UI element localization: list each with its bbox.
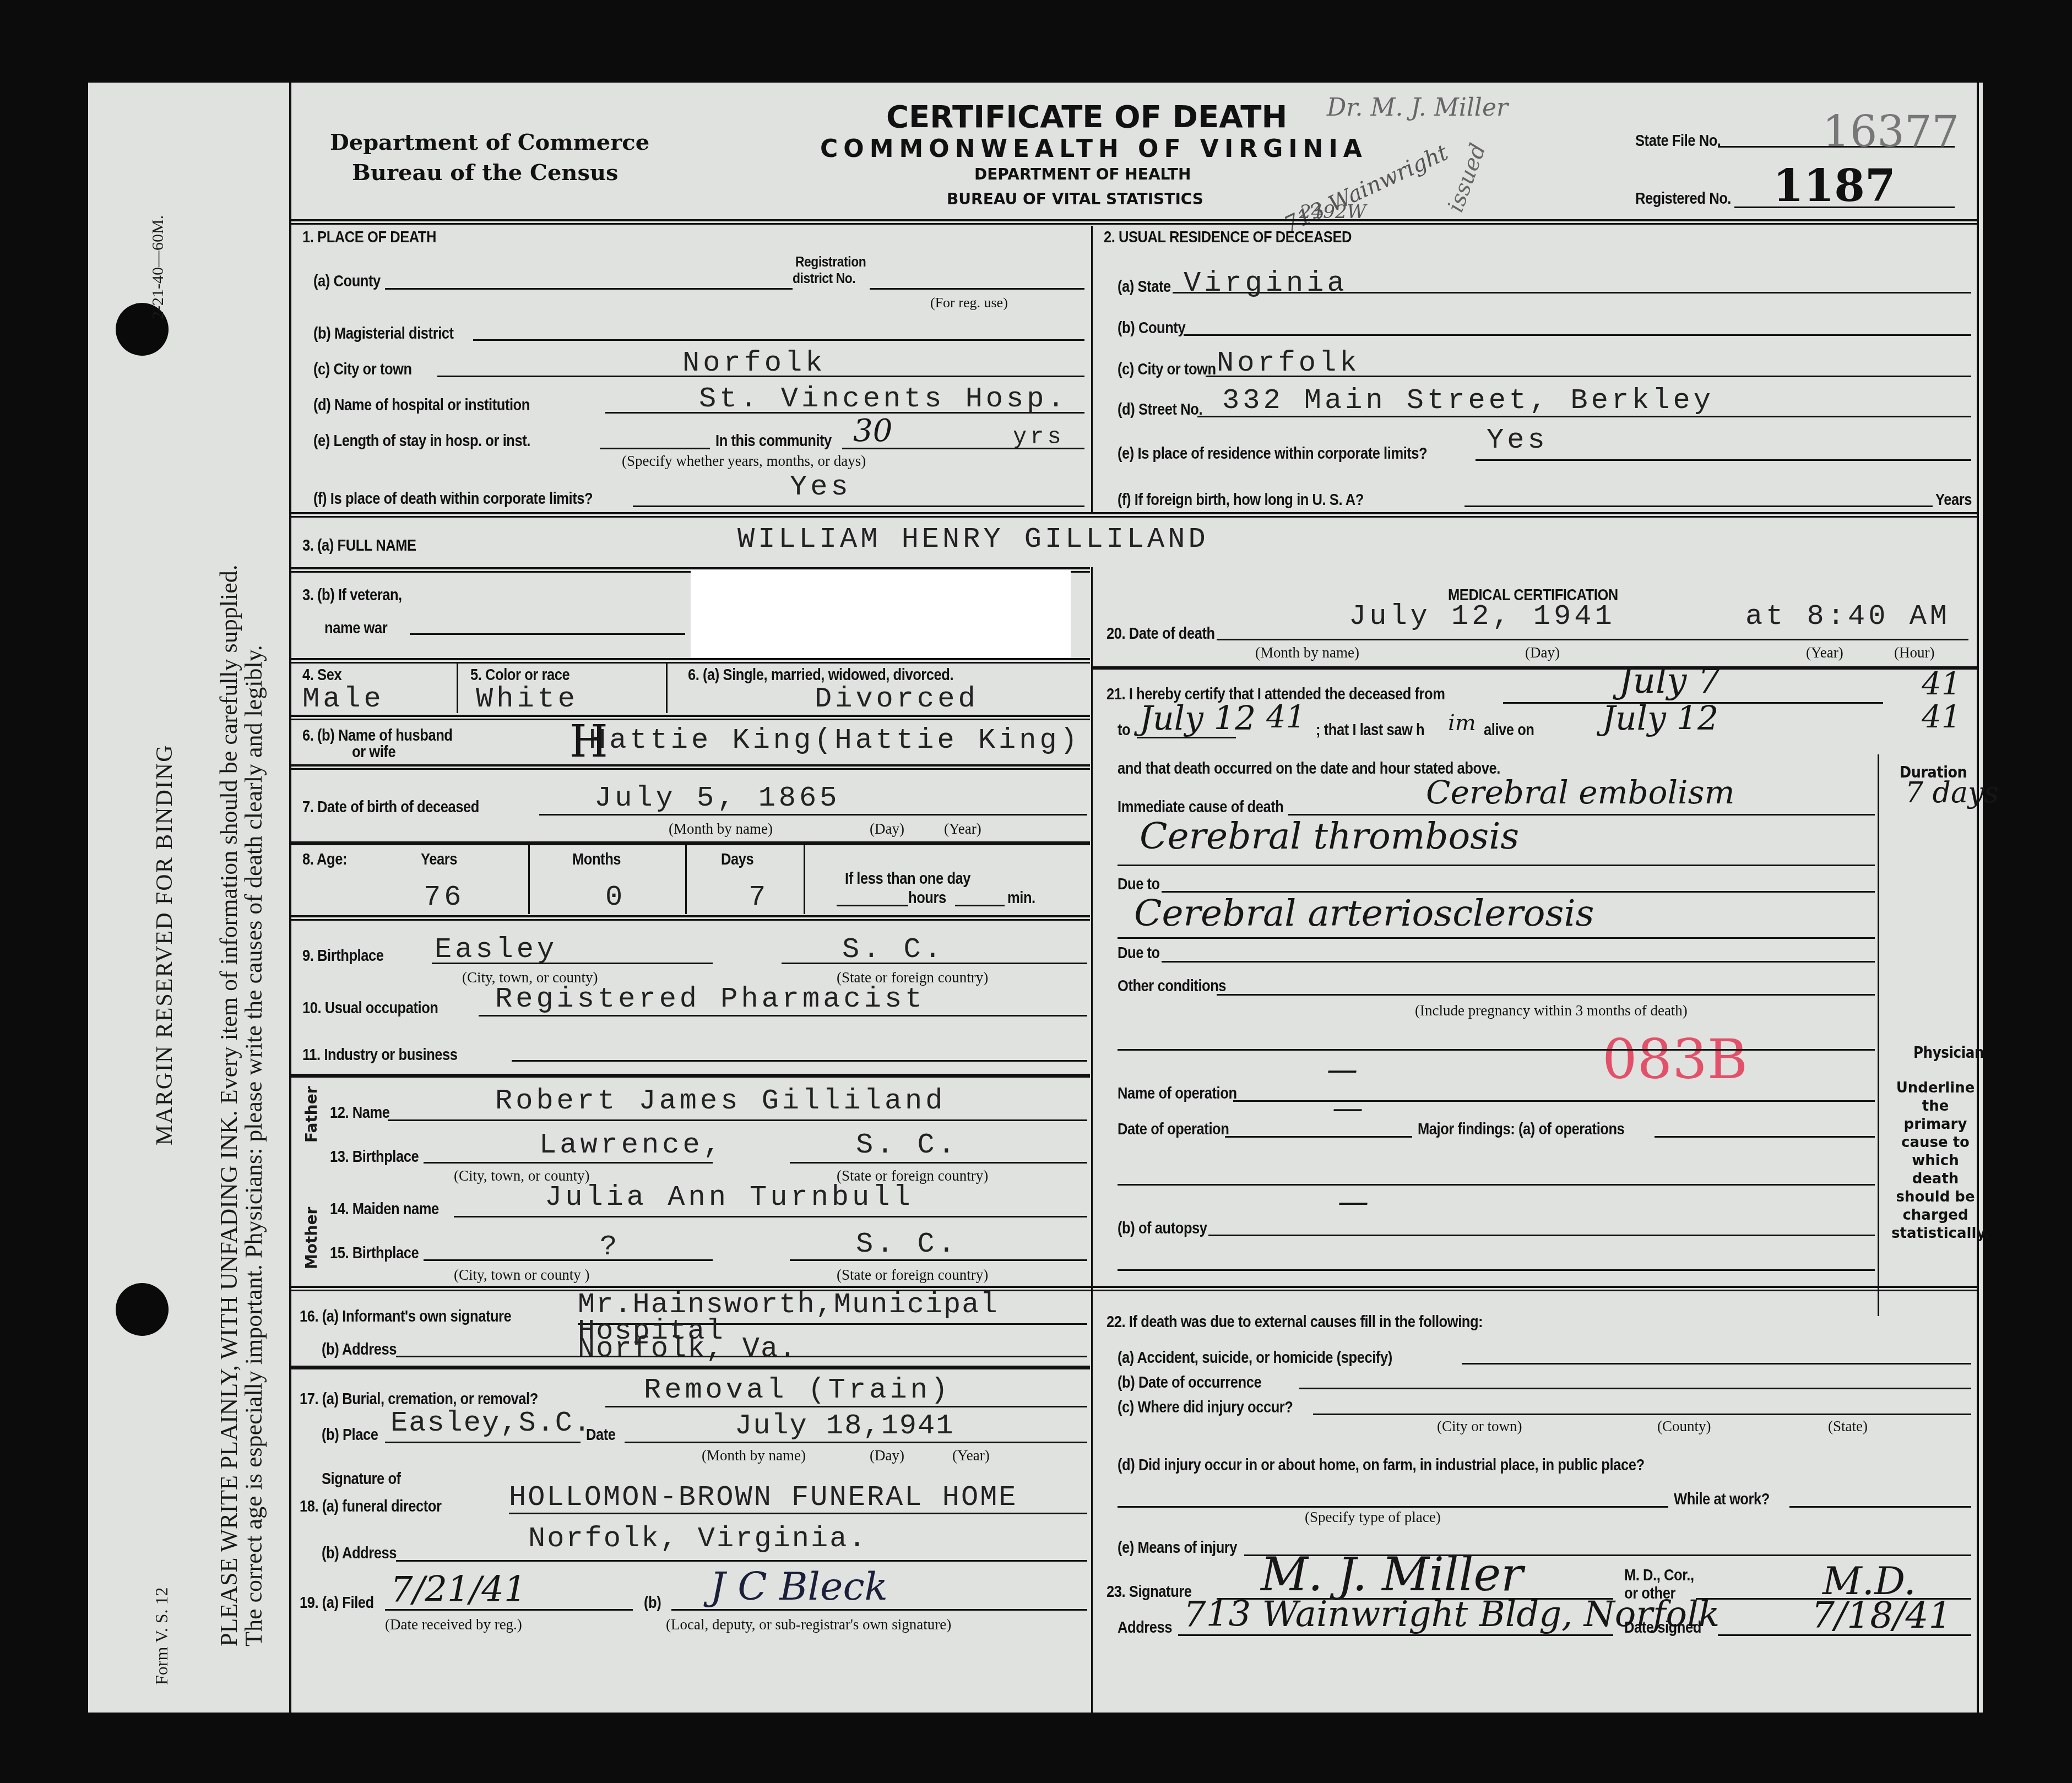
mother-side-label: Mother — [302, 1207, 321, 1269]
res-county-label: (b) County — [1118, 319, 1185, 338]
physician-address-label: Address — [1118, 1619, 1172, 1637]
md-label: M. D., Cor., — [1624, 1567, 1694, 1585]
alive-label: alive on — [1484, 721, 1534, 740]
race-value: White — [476, 683, 578, 715]
director-value: HOLLOMON-BROWN FUNERAL HOME — [509, 1481, 1018, 1514]
reg-use-note: (For reg. use) — [930, 295, 1008, 311]
place-type-note: (Specify type of place) — [1305, 1509, 1441, 1526]
at-work-label: While at work? — [1674, 1491, 1770, 1509]
operation-label: Name of operation — [1118, 1085, 1237, 1103]
father-birth-city: Lawrence, — [539, 1129, 724, 1161]
instruction-line1: PLEASE WRITE PLAINLY, WITH UNFADING INK.… — [215, 564, 243, 1646]
father-birth-state: S. C. — [856, 1129, 958, 1161]
res-foreign-unit: Years — [1935, 491, 1972, 509]
op-date-value: — — [1332, 1090, 1363, 1126]
physician-signature: M. J. Miller — [1261, 1547, 1523, 1601]
annotation-issued: issued — [1443, 140, 1491, 216]
res-state-label: (a) State — [1118, 278, 1171, 296]
full-name-label: 3. (a) FULL NAME — [302, 537, 416, 555]
race-label: 5. Color or race — [470, 666, 569, 684]
month-note: (Month by name) — [1255, 644, 1359, 661]
findings-label: Major findings: (a) of operations — [1418, 1121, 1624, 1139]
where-county-note: (County) — [1657, 1418, 1711, 1435]
last-saw-date: July 12 — [1602, 699, 1718, 738]
physician-note-title: Physician — [1913, 1043, 1984, 1062]
to-label: to — [1118, 721, 1130, 740]
filed-value: 7/21/41 — [390, 1569, 527, 1610]
burial-value: Removal (Train) — [644, 1374, 951, 1406]
res-foreign-label: (f) If foreign birth, how long in U. S. … — [1118, 491, 1364, 509]
magisterial-label: (b) Magisterial district — [313, 325, 454, 343]
mother-birth-city: ? — [600, 1231, 620, 1263]
community-value: 30 — [853, 413, 892, 449]
immediate-cause-value1: Cerebral embolism — [1426, 774, 1734, 811]
community-label: In this community — [715, 432, 832, 450]
burial-date-value: July 18,1941 — [735, 1410, 954, 1442]
spouse-label: 6. (b) Name of husband — [302, 727, 452, 745]
corporate-label: (f) Is place of death within corporate l… — [313, 490, 593, 508]
physician-signature-label: 23. Signature — [1106, 1583, 1192, 1601]
last-saw-pronoun: im — [1448, 710, 1476, 736]
occurrence-label: (b) Date of occurrence — [1118, 1374, 1261, 1392]
registrar-note: (Local, deputy, or sub-registrar's own s… — [666, 1616, 951, 1633]
years-value: 76 — [424, 881, 464, 914]
op-date-label: Date of operation — [1118, 1121, 1229, 1139]
last-saw-year: 41 — [1922, 699, 1961, 735]
date-signed-label: Date signed — [1624, 1619, 1701, 1637]
dob-value: July 5, 1865 — [594, 782, 840, 814]
physician-note: Underline the primary cause to which dea… — [1891, 1079, 1979, 1243]
occupation-value: Registered Pharmacist — [495, 983, 925, 1015]
certificate-title: CERTIFICATE OF DEATH — [886, 99, 1287, 135]
form-body: Department of Commerce Bureau of the Cen… — [289, 83, 1979, 1713]
mother-birthplace-label: 15. Birthplace — [330, 1244, 419, 1263]
informant-address-label: (b) Address — [322, 1341, 397, 1359]
min-label: min. — [1007, 889, 1035, 907]
days-value: 7 — [748, 881, 769, 914]
binding-note: MARGIN RESERVED FOR BINDING — [151, 744, 178, 1145]
registrar-signature: J C Bleck — [710, 1564, 888, 1609]
burial-place-value: Easley,S.C. — [390, 1407, 592, 1439]
hour-note: (Hour) — [1894, 644, 1934, 661]
other-conditions-label: Other conditions — [1118, 977, 1226, 996]
due-to-2-label: Due to — [1118, 944, 1160, 963]
sex-label: 4. Sex — [302, 666, 341, 684]
form-number: Form V. S. 12 — [151, 1587, 172, 1685]
due-to-1-label: Due to — [1118, 876, 1160, 894]
father-name-value: Robert James Gilliland — [495, 1085, 946, 1117]
father-birthplace-label: 13. Birthplace — [330, 1148, 419, 1166]
bureau-vital-stats: BUREAU OF VITAL STATISTICS — [947, 190, 1203, 208]
burial-day-note: (Day) — [870, 1447, 904, 1464]
reg-district-label: Registration — [795, 253, 866, 270]
spouse-value: Hattie King(Hattie King) — [589, 724, 1081, 757]
hospital-value: St. Vincents Hosp. — [699, 383, 1068, 415]
attended-from-value: July 7 — [1619, 661, 1721, 702]
death-city-value: Norfolk — [682, 347, 826, 379]
external-causes-label: 22. If death was due to external causes … — [1106, 1313, 1483, 1331]
dob-month-note: (Month by name) — [669, 820, 773, 838]
stay-label: (e) Length of stay in hosp. or inst. — [313, 432, 530, 450]
annotation-doctor: Dr. M. J. Miller — [1327, 94, 1508, 122]
dob-label: 7. Date of birth of deceased — [302, 798, 479, 817]
immediate-cause-value2: Cerebral thrombosis — [1140, 815, 1519, 857]
date-signed-value: 7/18/41 — [1811, 1594, 1951, 1637]
marital-value: Divorced — [815, 683, 979, 715]
burial-date-label: Date — [586, 1426, 616, 1444]
director-label: Signature of — [322, 1470, 401, 1488]
dept-commerce: Department of Commerce — [330, 129, 649, 155]
where-state-note: (State) — [1828, 1418, 1868, 1435]
spouse-label2: or wife — [352, 743, 395, 762]
less-day-label: If less than one day — [845, 870, 970, 888]
city-label: (c) City or town — [313, 361, 412, 379]
specify-note: (Specify whether years, months, or days) — [622, 453, 866, 470]
department-health: DEPARTMENT OF HEALTH — [974, 165, 1191, 183]
accident-label: (a) Accident, suicide, or homicide (spec… — [1118, 1349, 1392, 1367]
occupation-label: 10. Usual occupation — [302, 999, 438, 1018]
industry-label: 11. Industry or business — [302, 1046, 458, 1064]
mother-state-note: (State or foreign country) — [837, 1266, 988, 1284]
res-corporate-value: Yes — [1487, 424, 1548, 456]
months-value: 0 — [605, 881, 626, 914]
father-side-label: Father — [302, 1086, 321, 1143]
means-label: (e) Means of injury — [1118, 1539, 1237, 1557]
res-corporate-label: (e) Is place of residence within corpora… — [1118, 445, 1427, 463]
res-city-value: Norfolk — [1217, 347, 1360, 379]
year-note: (Year) — [1806, 644, 1843, 661]
filed-note: (Date received by reg.) — [385, 1616, 522, 1633]
punch-hole — [116, 1283, 169, 1336]
burial-label: 17. (a) Burial, cremation, or removal? — [300, 1390, 538, 1409]
birthplace-state: S. C. — [842, 933, 945, 966]
marital-label: 6. (a) Single, married, widowed, divorce… — [688, 666, 953, 684]
day-note: (Day) — [1525, 644, 1560, 661]
war-label: name war — [324, 619, 387, 638]
bureau-census: Bureau of the Census — [352, 160, 619, 186]
filed-label: 19. (a) Filed — [300, 1594, 374, 1612]
full-name-value: WILLIAM HENRY GILLILAND — [737, 523, 1209, 556]
sex-value: Male — [302, 683, 384, 715]
immediate-cause-label: Immediate cause of death — [1118, 798, 1283, 817]
dob-day-note: (Day) — [870, 820, 904, 838]
days-label: Days — [721, 851, 753, 869]
burial-year-note: (Year) — [952, 1447, 990, 1464]
operation-value: — — [1327, 1052, 1358, 1088]
place-of-death-heading: 1. PLACE OF DEATH — [302, 229, 436, 247]
cause-code-stamp: 083B — [1602, 1027, 1748, 1091]
director-address-label: (b) Address — [322, 1545, 397, 1563]
where-city-note: (City or town) — [1437, 1418, 1522, 1435]
community-unit: yrs — [1013, 424, 1065, 450]
director-address-value: Norfolk, Virginia. — [528, 1523, 867, 1555]
hours-label: hours — [908, 889, 946, 907]
due-to-1-value: Cerebral arteriosclerosis — [1134, 892, 1594, 934]
county-label: (a) County — [313, 273, 381, 291]
spouse-correction: H — [569, 716, 608, 767]
autopsy-value: — — [1338, 1184, 1369, 1220]
mother-name-label: 14. Maiden name — [330, 1200, 439, 1219]
mother-birth-state: S. C. — [856, 1228, 958, 1260]
res-street-value: 332 Main Street, Berkley — [1222, 384, 1714, 417]
state-file-number: 16377 — [1823, 107, 1959, 157]
redaction-box — [691, 570, 1071, 658]
registrar-label: (b) — [644, 1594, 661, 1612]
years-label: Years — [421, 851, 457, 869]
corporate-value: Yes — [790, 471, 851, 503]
director-label2: 18. (a) funeral director — [300, 1498, 441, 1516]
residence-heading: 2. USUAL RESIDENCE OF DECEASED — [1104, 229, 1352, 247]
birthplace-city: Easley — [435, 933, 557, 966]
father-name-label: 12. Name — [330, 1104, 390, 1122]
pregnancy-note: (Include pregnancy within 3 months of de… — [1415, 1002, 1688, 1019]
registered-number: 1187 — [1773, 160, 1896, 211]
injury-home-label: (d) Did injury occur in or about home, o… — [1118, 1456, 1645, 1475]
duration-value: 7 days — [1905, 776, 1999, 809]
hospital-label: (d) Name of hospital or institution — [313, 396, 530, 415]
death-time-value: at 8:40 AM — [1745, 600, 1950, 633]
registered-label: Registered No. — [1635, 190, 1731, 208]
age-label: 8. Age: — [302, 851, 347, 869]
attended-from-year: 41 — [1922, 666, 1961, 702]
mother-city-note: (City, town or county ) — [454, 1266, 589, 1284]
mother-name-value: Julia Ann Turnbull — [545, 1181, 914, 1214]
form-code: 2-21-40—60M. — [149, 215, 167, 319]
last-saw-label: ; that I last saw h — [1316, 721, 1424, 740]
state-file-label: State File No. — [1635, 132, 1721, 150]
autopsy-label: (b) of autopsy — [1118, 1220, 1207, 1238]
reg-district-label2: district No. — [793, 270, 855, 287]
informant-label: 16. (a) Informant's own signature — [300, 1308, 511, 1326]
attended-to-year: 41 — [1266, 699, 1305, 735]
veteran-label: 3. (b) If veteran, — [302, 586, 402, 605]
burial-place-label: (b) Place — [322, 1426, 378, 1444]
months-label: Months — [572, 851, 621, 869]
death-date-label: 20. Date of death — [1106, 625, 1215, 643]
informant-address-value: Norfolk, Va. — [578, 1333, 797, 1365]
birthplace-label: 9. Birthplace — [302, 947, 383, 965]
burial-month-note: (Month by name) — [702, 1447, 806, 1464]
dob-year-note: (Year) — [944, 820, 981, 838]
commonwealth-title: COMMONWEALTH OF VIRGINIA — [820, 135, 1368, 163]
instruction-line2: The correct age is especially important.… — [240, 645, 268, 1646]
res-street-label: (d) Street No. — [1118, 401, 1202, 419]
binding-margin: 2-21-40—60M. MARGIN RESERVED FOR BINDING… — [88, 83, 286, 1713]
attended-to-value: July 12 — [1140, 699, 1256, 738]
injury-where-label: (c) Where did injury occur? — [1118, 1399, 1293, 1417]
death-date-value: July 12, 1941 — [1349, 600, 1615, 633]
res-state-value: Virginia — [1184, 267, 1348, 300]
res-city-label: (c) City or town — [1118, 361, 1216, 379]
death-certificate: 2-21-40—60M. MARGIN RESERVED FOR BINDING… — [88, 83, 1983, 1713]
